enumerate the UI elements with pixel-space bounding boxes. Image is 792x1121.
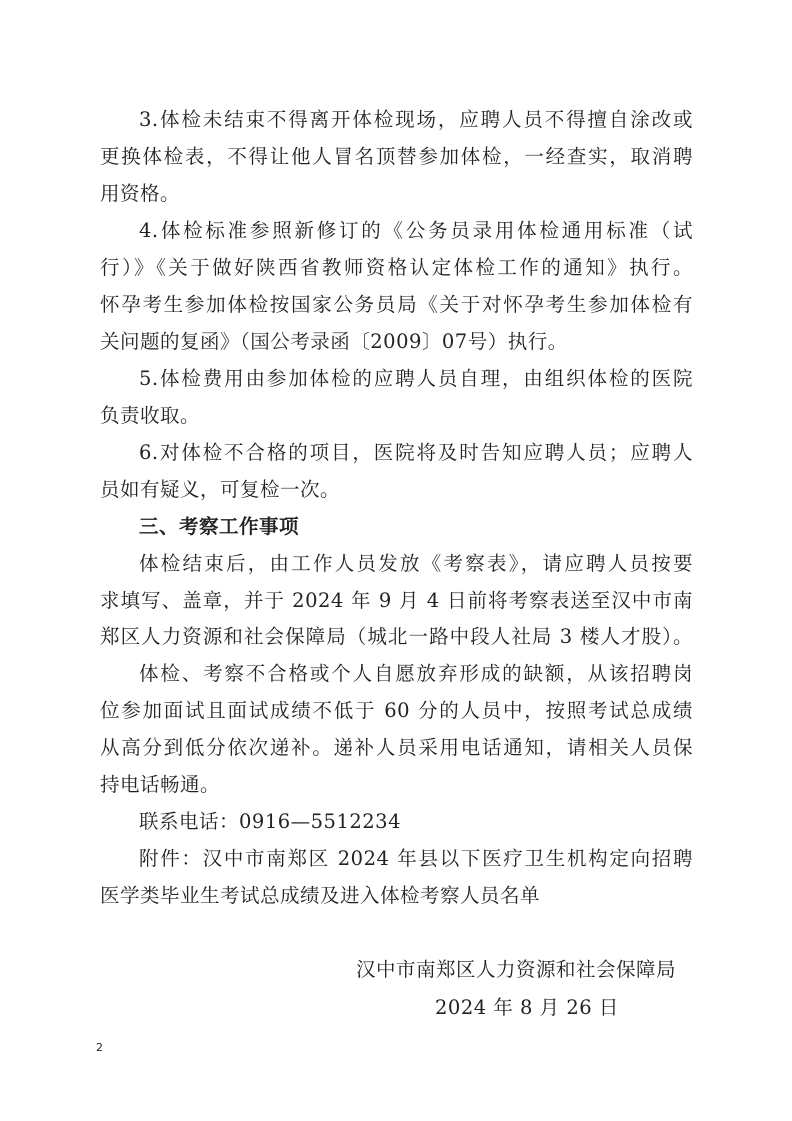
- paragraph-line: 体检结束后，由工作人员发放《考察表》，请应聘人员按要: [139, 552, 693, 576]
- section-heading: 三、考察工作事项: [139, 515, 693, 539]
- signature-date: 2024 年 8 月 26 日: [435, 996, 619, 1020]
- paragraph-line: 怀孕考生参加体检按国家公务员局《关于对怀孕考生参加体检有: [100, 293, 693, 317]
- paragraph-line: 更换体检表，不得让他人冒名顶替参加体检，一经查实，取消聘: [100, 145, 693, 169]
- paragraph-line: 附件：汉中市南郑区 2024 年县以下医疗卫生机构定向招聘: [139, 847, 693, 871]
- page-number: 2: [96, 1041, 103, 1054]
- paragraph-line: 联系电话：0916—5512234: [139, 810, 693, 834]
- paragraph-line: 从高分到低分依次递补。递补人员采用电话通知，请相关人员保: [100, 736, 693, 760]
- paragraph-line: 6.对体检不合格的项目，医院将及时告知应聘人员；应聘人: [139, 441, 693, 465]
- paragraph-line: 关问题的复函》（国公考录函〔2009〕07号）执行。: [100, 330, 693, 354]
- paragraph-line: 位参加面试且面试成绩不低于 60 分的人员中，按照考试总成绩: [100, 699, 693, 723]
- paragraph-line: 医学类毕业生考试总成绩及进入体检考察人员名单: [100, 884, 693, 908]
- paragraph-line: 5.体检费用由参加体检的应聘人员自理，由组织体检的医院: [139, 367, 693, 391]
- paragraph-line: 4.体检标准参照新修订的《公务员录用体检通用标准（试: [139, 219, 693, 243]
- paragraph-line: 3.体检未结束不得离开体检现场，应聘人员不得擅自涂改或: [139, 108, 693, 132]
- paragraph-line: 员如有疑义，可复检一次。: [100, 478, 693, 502]
- paragraph-line: 用资格。: [100, 182, 693, 206]
- document-page: 3.体检未结束不得离开体检现场，应聘人员不得擅自涂改或更换体检表，不得让他人冒名…: [0, 0, 792, 1121]
- signature-organization: 汉中市南郑区人力资源和社会保障局: [356, 958, 676, 982]
- paragraph-line: 求填写、盖章，并于 2024 年 9 月 4 日前将考察表送至汉中市南: [100, 589, 693, 613]
- paragraph-line: 负责收取。: [100, 404, 693, 428]
- paragraph-line: 郑区人力资源和社会保障局（城北一路中段人社局 3 楼人才股）。: [100, 625, 693, 649]
- paragraph-line: 体检、考察不合格或个人自愿放弃形成的缺额，从该招聘岗: [139, 662, 693, 686]
- paragraph-line: 持电话畅通。: [100, 773, 693, 797]
- paragraph-line: 行）》《关于做好陕西省教师资格认定体检工作的通知》执行。: [100, 256, 693, 280]
